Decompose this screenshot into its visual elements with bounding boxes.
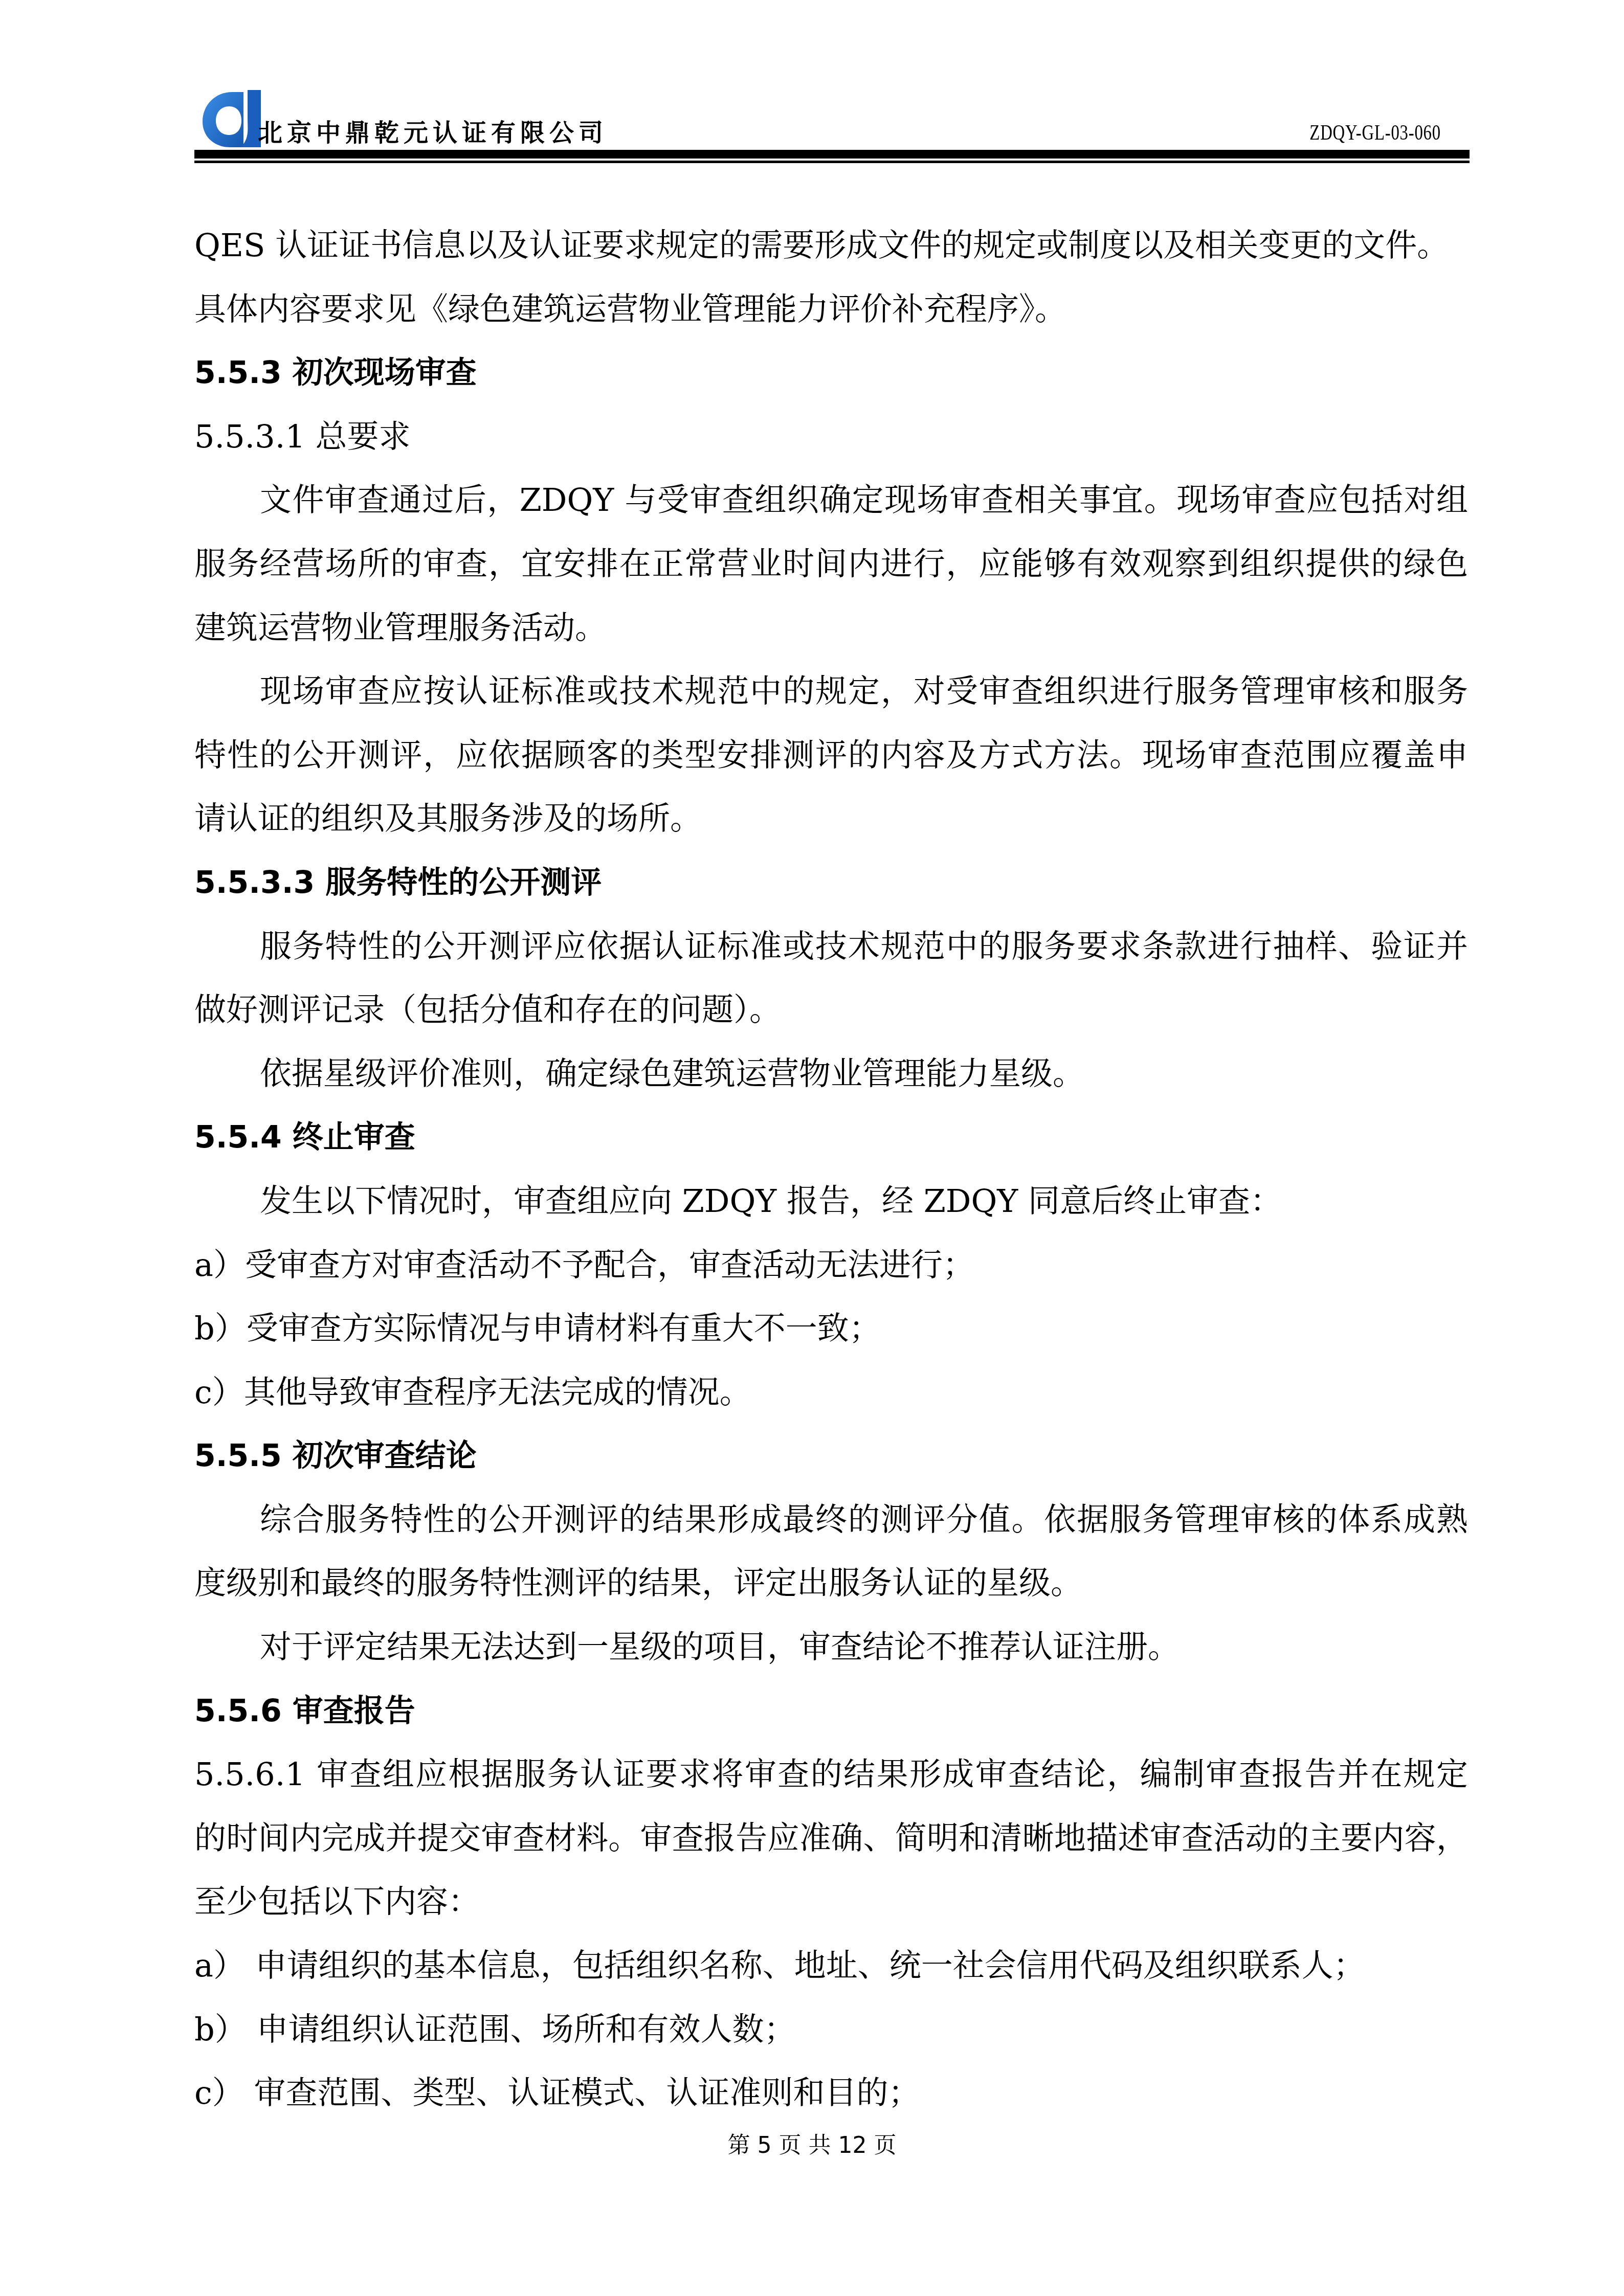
body-line: 综合服务特性的公开测评的结果形成最终的测评分值。依据服务管理审核的体系成熟 xyxy=(194,1488,1468,1552)
body-line: 5.5.6.1 审查组应根据服务认证要求将审查的结果形成审查结论，编制审查报告并… xyxy=(194,1743,1468,1807)
section-heading: 5.5.3 初次现场审查 xyxy=(194,341,1468,405)
body-line: 现场审查应按认证标准或技术规范中的规定，对受审查组织进行服务管理审核和服务 xyxy=(194,660,1468,724)
body-line: c）其他导致审查程序无法完成的情况。 xyxy=(194,1361,1468,1425)
section-heading: 5.5.3.3 服务特性的公开测评 xyxy=(194,851,1468,915)
body-line: 具体内容要求见《绿色建筑运营物业管理能力评价补充程序》。 xyxy=(194,278,1468,342)
header-rule-thick xyxy=(194,150,1470,159)
company-name: 北京中鼎乾元认证有限公司 xyxy=(258,119,608,147)
body-line: 请认证的组织及其服务涉及的场所。 xyxy=(194,787,1468,851)
body-line: 度级别和最终的服务特性测评的结果，评定出服务认证的星级。 xyxy=(194,1551,1468,1615)
body-line: b） 申请组织认证范围、场所和有效人数； xyxy=(194,1998,1468,2062)
document-body: QES 认证证书信息以及认证要求规定的需要形成文件的规定或制度以及相关变更的文件… xyxy=(194,214,1468,2125)
document-code: ZDQY-GL-03-060 xyxy=(1309,121,1441,145)
body-line: 做好测评记录（包括分值和存在的问题）。 xyxy=(194,978,1468,1042)
page-header: 北京中鼎乾元认证有限公司 ZDQY-GL-03-060 xyxy=(194,82,1470,164)
body-line: 特性的公开测评，应依据顾客的类型安排测评的内容及方式方法。现场审查范围应覆盖申 xyxy=(194,724,1468,787)
body-line: 服务特性的公开测评应依据认证标准或技术规范中的服务要求条款进行抽样、验证并 xyxy=(194,915,1468,979)
body-line: a）受审查方对审查活动不予配合，审查活动无法进行； xyxy=(194,1233,1468,1297)
company-logo-icon xyxy=(201,88,262,148)
body-line: 至少包括以下内容： xyxy=(194,1870,1468,1934)
section-heading: 5.5.4 终止审查 xyxy=(194,1106,1468,1169)
body-line: 服务经营场所的审查，宜安排在正常营业时间内进行，应能够有效观察到组织提供的绿色 xyxy=(194,532,1468,596)
body-line: 建筑运营物业管理服务活动。 xyxy=(194,596,1468,660)
body-line: 依据星级评价准则，确定绿色建筑运营物业管理能力星级。 xyxy=(194,1042,1468,1106)
body-line: c） 审查范围、类型、认证模式、认证准则和目的； xyxy=(194,2061,1468,2125)
body-line: 文件审查通过后，ZDQY 与受审查组织确定现场审查相关事宜。现场审查应包括对组织 xyxy=(194,468,1468,532)
body-line: 对于评定结果无法达到一星级的项目，审查结论不推荐认证注册。 xyxy=(194,1615,1468,1679)
body-line: QES 认证证书信息以及认证要求规定的需要形成文件的规定或制度以及相关变更的文件… xyxy=(194,214,1468,278)
page-number-footer: 第 5 页 共 12 页 xyxy=(0,2131,1624,2160)
body-line: b）受审查方实际情况与申请材料有重大不一致； xyxy=(194,1297,1468,1361)
body-line: 5.5.3.1 总要求 xyxy=(194,405,1468,469)
body-line: 的时间内完成并提交审查材料。审查报告应准确、简明和清晰地描述审查活动的主要内容， xyxy=(194,1807,1468,1871)
section-heading: 5.5.5 初次审查结论 xyxy=(194,1424,1468,1488)
header-rule-thin xyxy=(194,161,1470,163)
section-heading: 5.5.6 审查报告 xyxy=(194,1679,1468,1743)
body-line: 发生以下情况时，审查组应向 ZDQY 报告，经 ZDQY 同意后终止审查： xyxy=(194,1169,1468,1233)
body-line: a） 申请组织的基本信息，包括组织名称、地址、统一社会信用代码及组织联系人； xyxy=(194,1934,1468,1998)
